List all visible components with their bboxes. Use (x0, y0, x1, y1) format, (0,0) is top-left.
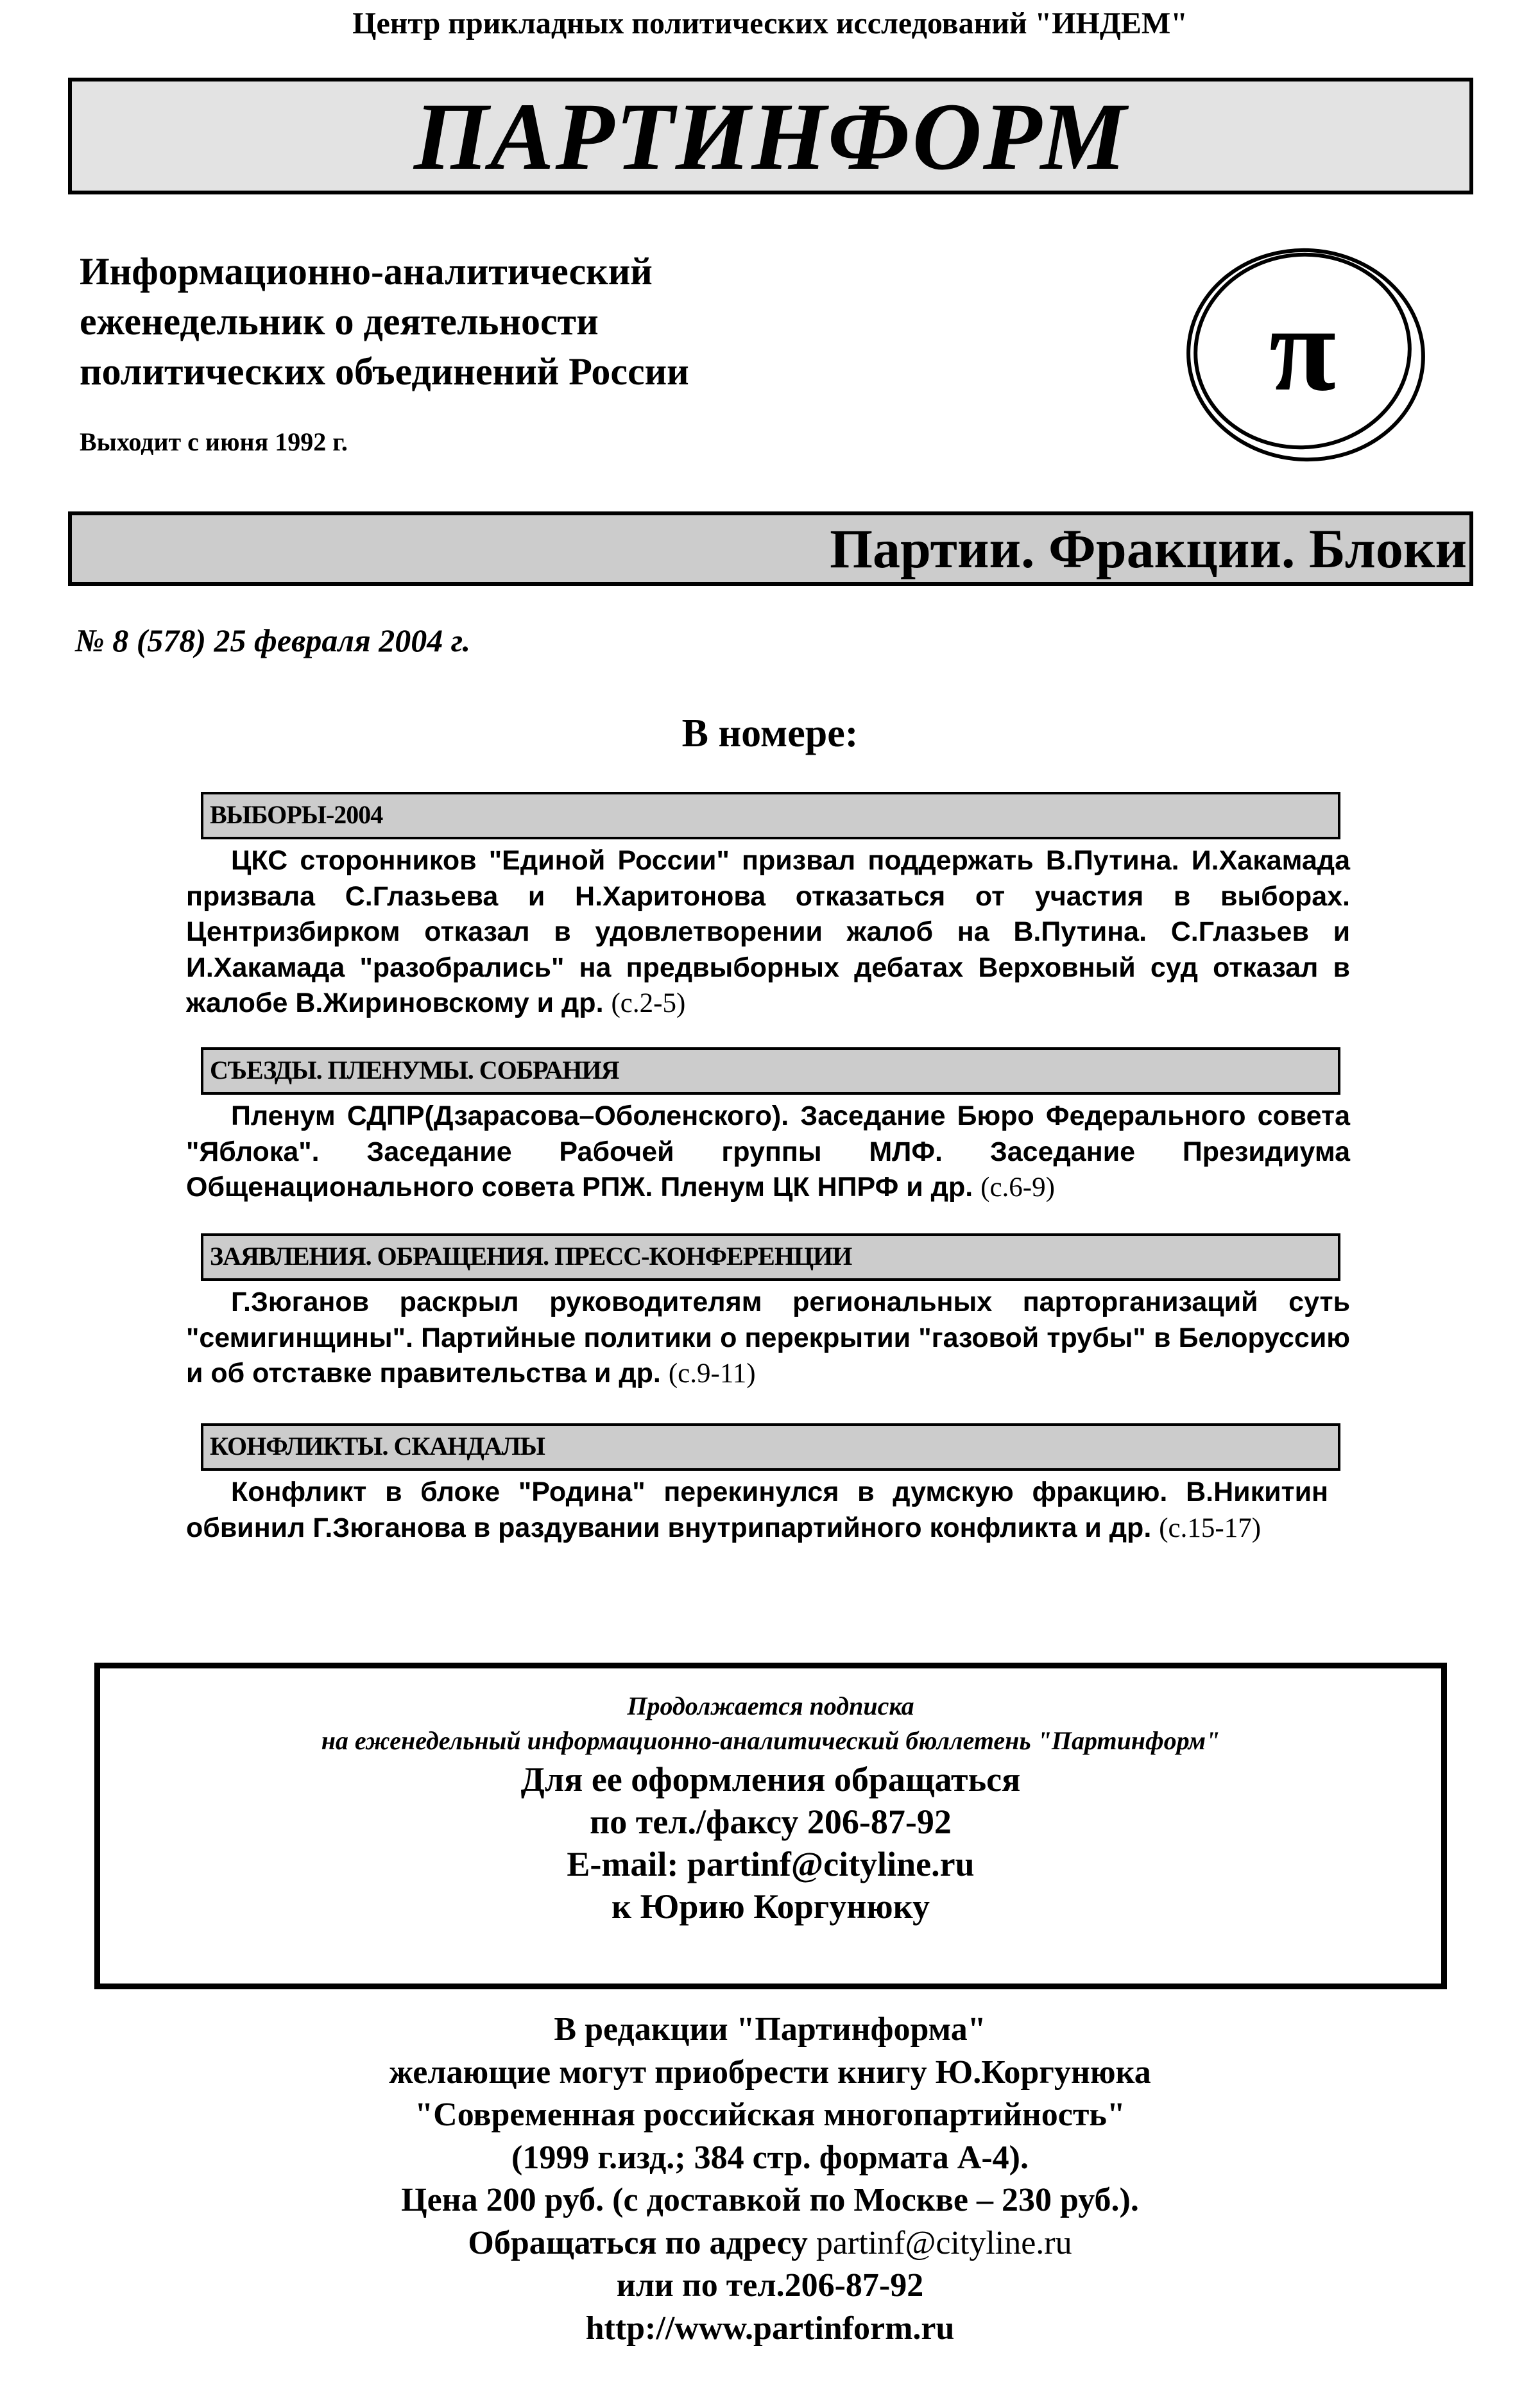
book-address-line: Обращаться по адресу partinf@cityline.ru (0, 2222, 1540, 2265)
section-heading: КОНФЛИКТЫ. СКАНДАЛЫ (201, 1423, 1340, 1471)
publication-description: Информационно-аналитический еженедельник… (80, 246, 689, 397)
subscription-line: Продолжается подписка (100, 1689, 1441, 1724)
email-link[interactable]: partinf@cityline.ru (816, 2225, 1072, 2261)
book-phone: или по тел.206-87-92 (0, 2265, 1540, 2308)
contents-section-statements: ЗАЯВЛЕНИЯ. ОБРАЩЕНИЯ. ПРЕСС-КОНФЕРЕНЦИИ … (186, 1233, 1350, 1392)
book-offer-line: В редакции "Партинформа" (0, 2009, 1540, 2052)
pi-logo-icon: π (1181, 241, 1431, 465)
page-reference: (с.6-9) (980, 1172, 1055, 1203)
banner-title: Партии. Фракции. Блоки (830, 517, 1467, 581)
book-offer: В редакции "Партинформа" желающие могут … (0, 2009, 1540, 2350)
subscription-phone: по тел./факсу 206-87-92 (100, 1801, 1441, 1843)
book-price: Цена 200 руб. (с доставкой по Москве – 2… (0, 2179, 1540, 2222)
section-heading: СЪЕЗДЫ. ПЛЕНУМЫ. СОБРАНИЯ (201, 1047, 1340, 1095)
contents-heading: В номере: (0, 711, 1540, 756)
masthead-title: ПАРТИНФОРМ (72, 85, 1469, 188)
subscription-notice-box: Продолжается подписка на еженедельный ин… (94, 1663, 1447, 1989)
summary-text: Г.Зюганов раскрыл руководителям регионал… (186, 1287, 1350, 1389)
book-title: "Современная российская многопартийность… (0, 2094, 1540, 2137)
masthead-title-box: ПАРТИНФОРМ (68, 78, 1473, 194)
organization-header: Центр прикладных политических исследован… (0, 5, 1540, 42)
section-heading: ВЫБОРЫ-2004 (201, 792, 1340, 839)
address-label: Обращаться по адресу (468, 2225, 807, 2261)
page-reference: (с.2-5) (611, 988, 685, 1018)
section-summary: Пленум СДПР(Дзарасова–Оболенского). Засе… (186, 1099, 1350, 1206)
book-offer-line: желающие могут приобрести книгу Ю.Коргун… (0, 2052, 1540, 2095)
subscription-line: на еженедельный информационно-аналитичес… (100, 1724, 1441, 1758)
contents-section-conflicts: КОНФЛИКТЫ. СКАНДАЛЫ Конфликт в блоке "Ро… (186, 1423, 1350, 1546)
pi-glyph: π (1269, 282, 1336, 416)
summary-text: ЦКС сторонников "Единой России" призвал … (186, 845, 1350, 1018)
section-summary: Конфликт в блоке "Родина" перекинулся в … (186, 1475, 1328, 1546)
subscription-contact-line: Для ее оформления обращаться (100, 1758, 1441, 1801)
page-reference: (с.15-17) (1159, 1513, 1261, 1543)
contents-section-congresses: СЪЕЗДЫ. ПЛЕНУМЫ. СОБРАНИЯ Пленум СДПР(Дз… (186, 1047, 1350, 1206)
summary-text: Пленум СДПР(Дзарасова–Оболенского). Засе… (186, 1101, 1350, 1203)
issue-number-date: № 8 (578) 25 февраля 2004 г. (75, 621, 470, 660)
page-reference: (с.9-11) (669, 1358, 756, 1389)
contents-section-elections: ВЫБОРЫ-2004 ЦКС сторонников "Единой Росс… (186, 792, 1350, 1022)
description-line: политических объединений России (80, 347, 689, 397)
published-since: Выходит с июня 1992 г. (80, 426, 348, 458)
description-line: еженедельник о деятельности (80, 296, 689, 347)
book-details: (1999 г.изд.; 384 стр. формата А-4). (0, 2137, 1540, 2180)
description-line: Информационно-аналитический (80, 246, 689, 296)
section-summary: ЦКС сторонников "Единой России" призвал … (186, 843, 1350, 1022)
subscription-email[interactable]: E-mail: partinf@cityline.ru (100, 1843, 1441, 1885)
section-banner: Партии. Фракции. Блоки (68, 511, 1473, 586)
summary-text: Конфликт в блоке "Родина" перекинулся в … (186, 1477, 1328, 1543)
section-heading: ЗАЯВЛЕНИЯ. ОБРАЩЕНИЯ. ПРЕСС-КОНФЕРЕНЦИИ (201, 1233, 1340, 1281)
website-link[interactable]: http://www.partinform.ru (0, 2308, 1540, 2351)
section-summary: Г.Зюганов раскрыл руководителям регионал… (186, 1285, 1350, 1392)
subscription-contact-person: к Юрию Коргунюку (100, 1885, 1441, 1928)
